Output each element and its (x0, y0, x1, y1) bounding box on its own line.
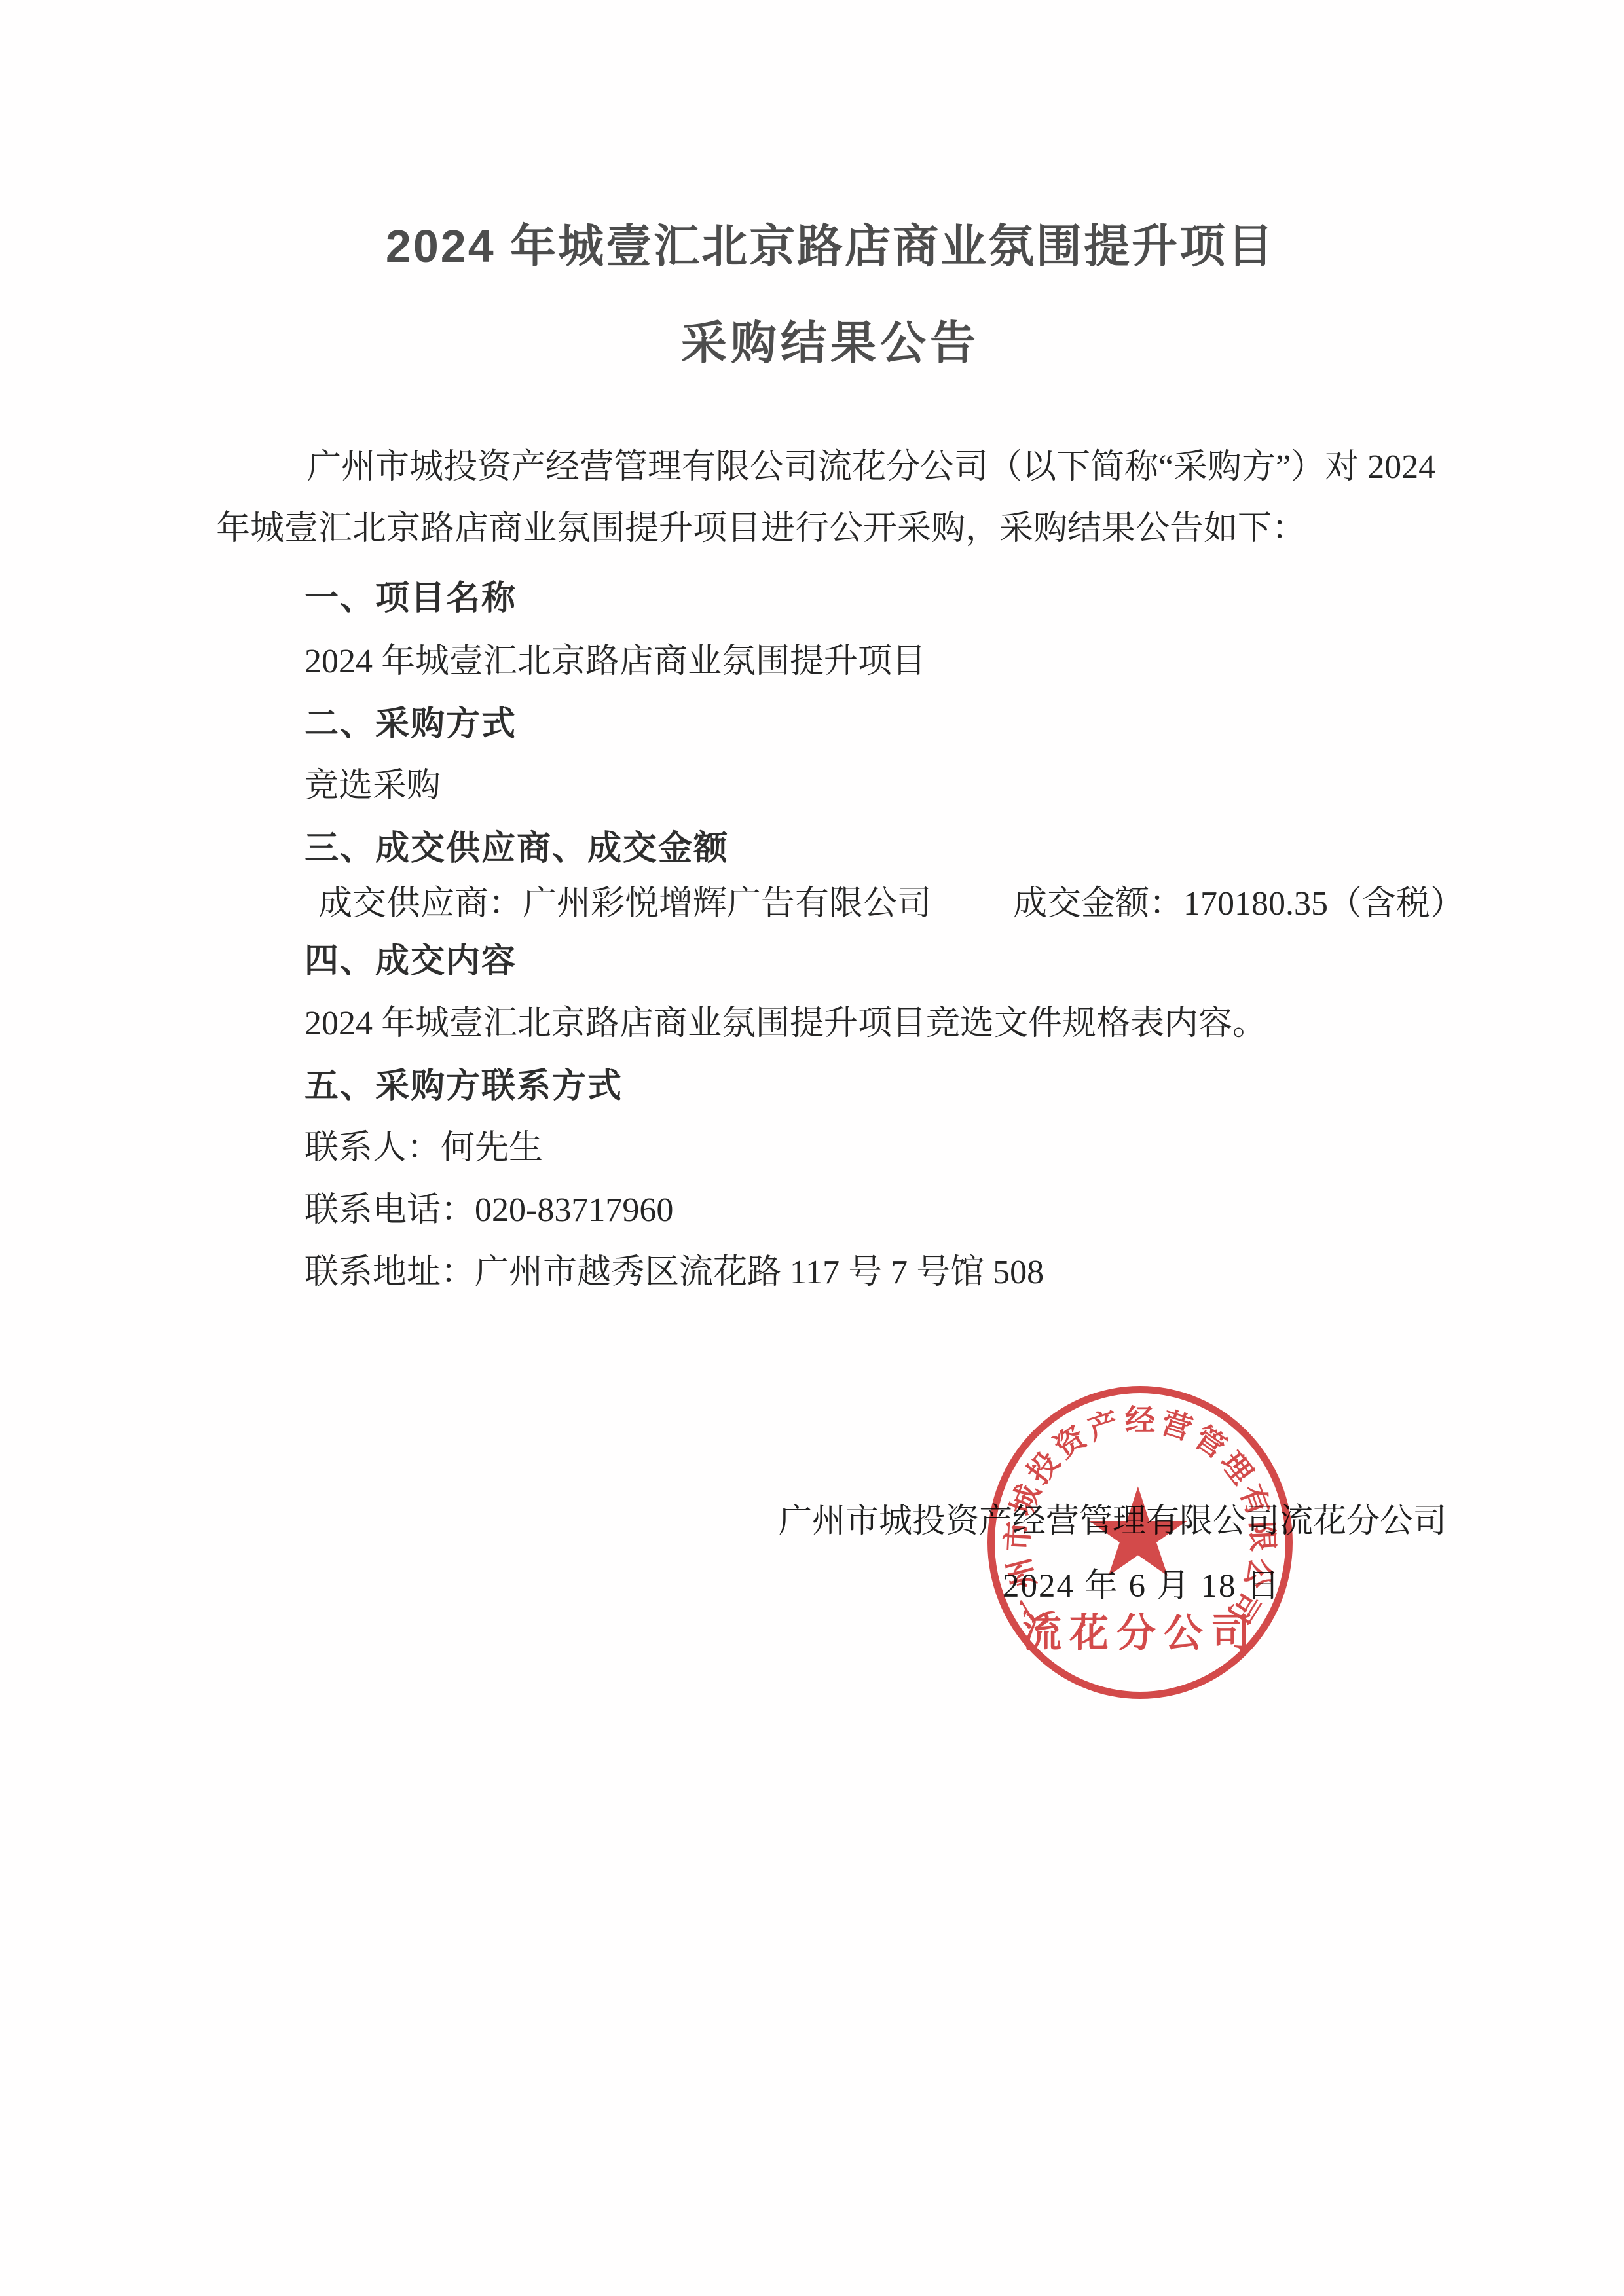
seal-arc-char: 管 (1186, 1419, 1233, 1466)
contact-address-line: 联系地址：广州市越秀区流花路 117 号 7 号馆 508 (304, 1252, 1044, 1293)
section-4-heading: 四、成交内容 (304, 941, 517, 981)
seal-arc-char: 资 (1046, 1419, 1094, 1466)
intro-line-2: 年城壹汇北京路店商业氛围提升项目进行公开采购，采购结果公告如下： (216, 509, 1306, 549)
seal-arc-char: 营 (1155, 1405, 1198, 1448)
company-seal-stamp: 广 州 市 城 投 资 产 经 营 管 理 有 限 公 司 流花分公司 (987, 1386, 1293, 1699)
contact-phone-line: 联系电话：020-83717960 (304, 1190, 673, 1231)
award-supplier: 成交供应商：广州彩悦增辉广告有限公司 (318, 884, 931, 924)
award-amount: 成交金额：170180.35（含税） (1013, 884, 1464, 924)
document-page: 2024 年城壹汇北京路店商业氛围提升项目 采购结果公告 广州市城投资产经营管理… (0, 0, 1624, 2296)
contact-person-line: 联系人：何先生 (304, 1128, 543, 1169)
section-4-body: 2024 年城壹汇北京路店商业氛围提升项目竞选文件规格表内容。 (304, 1004, 1266, 1044)
doc-title-line1: 2024 年城壹汇北京路店商业氛围提升项目 (18, 210, 1624, 276)
signature-date: 2024 年 6 月 18 日 (1003, 1566, 1281, 1607)
seal-branch-text: 流花分公司 (1022, 1602, 1258, 1658)
intro-line-1: 广州市城投资产经营管理有限公司流花分公司（以下简称“采购方”）对 2024 (307, 447, 1435, 488)
section-1-body: 2024 年城壹汇北京路店商业氛围提升项目 (304, 642, 926, 682)
seal-arc-char: 理 (1213, 1444, 1261, 1492)
section-5-heading: 五、采购方联系方式 (304, 1066, 623, 1106)
seal-ring (987, 1386, 1293, 1699)
seal-arc-char: 经 (1123, 1404, 1157, 1438)
section-2-heading: 二、采购方式 (304, 704, 517, 744)
seal-arc-char: 投 (1020, 1444, 1067, 1492)
section-2-body: 竞选采购 (304, 766, 441, 807)
section-3-heading: 三、成交供应商、成交金额 (304, 828, 729, 869)
section-1-heading: 一、项目名称 (304, 578, 517, 619)
seal-arc-char: 产 (1082, 1405, 1125, 1448)
doc-title-line2: 采购结果公告 (18, 306, 1624, 373)
signature-company: 广州市城投资产经营管理有限公司流花分公司 (779, 1501, 1447, 1542)
